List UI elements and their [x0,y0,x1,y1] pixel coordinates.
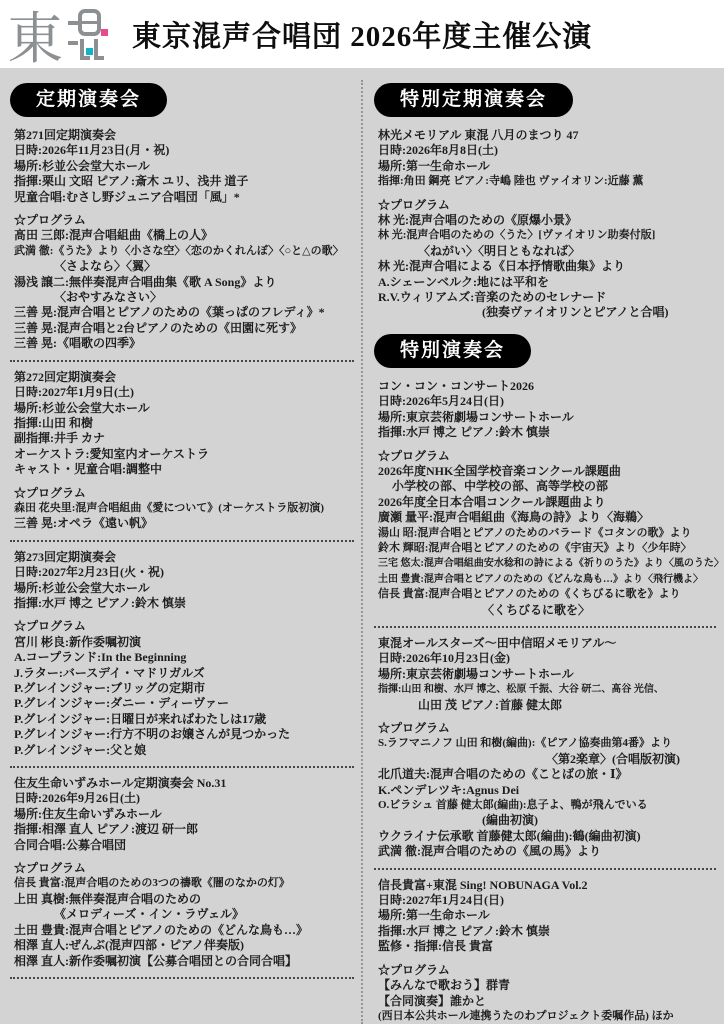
section-divider [374,626,716,628]
text-line: A.シェーンベルク:地には平和を [378,275,716,290]
text-line: 武満 徹:混声合唱のための《風の馬》より [378,844,716,859]
text-line: 場所:杉並公会堂大ホール [14,401,354,416]
page-title: 東京混声合唱団 2026年度主催公演 [132,14,592,55]
concert-title: コン・コン・コンサート2026 [378,379,716,394]
text-line: 三善 晃:オペラ《遠い帆》 [14,516,354,531]
text-line: P.グレインジャー:ダニー・ディーヴァー [14,696,354,711]
text-line: R.V.ウィリアムズ:音楽のためのセレナード [378,290,716,305]
text-line: ☆プログラム [14,486,354,501]
text-line: 日時:2026年9月26日(土) [14,791,354,806]
section-divider [10,540,354,542]
text-line: ☆プログラム [14,619,354,634]
text-line: 副指揮:井手 カナ [14,431,354,446]
section-divider [10,766,354,768]
text-line: 湯山 昭:混声合唱とピアノのためのバラード《コタンの歌》より [378,526,716,541]
tokon-logo-icon: 東 [10,8,110,66]
text-line: 土田 豊貴:混声合唱とピアノのための《どんな鳥も…》 [14,923,354,938]
text-line: O.ビラシュ 首藤 健太郎(編曲):息子よ、鴨が飛んでいる [378,798,716,813]
text-line: ☆プログラム [378,721,716,736]
text-line: 林 光:混声合唱のための〈うた〉[ヴァイオリン助奏付版] [378,228,716,243]
text-line: 上田 真樹:無伴奏混声合唱のための [14,892,354,907]
text-line: 場所:住友生命いずみホール [14,807,354,822]
text-line: 日時:2026年10月23日(金) [378,651,716,666]
text-line: S.ラフマニノフ 山田 和樹(編曲):《ピアノ協奏曲第4番》より [378,736,716,751]
text-line: ☆プログラム [14,861,354,876]
text-line: 鈴木 輝昭:混声合唱とピアノのための《宇宙天》より〈少年時〉 [378,541,716,556]
text-line: 指揮:栗山 文昭 ピアノ:斎木 ユリ、浅井 道子 [14,174,354,189]
text-line: 指揮:角田 鋼亮 ピアノ:寺嶋 陸也 ヴァイオリン:近藤 薫 [378,174,716,189]
flyer-page: 東 東京混声合唱団 2026年度主催公演 定期演奏会第271回定期演奏会日時:2… [0,0,724,1024]
text-line: 〈第2楽章〉(合唱版初演) [378,752,716,767]
text-line: 土田 豊貴:混声合唱とピアノのための《どんな鳥も…》より〈飛行機よ〉 [378,572,716,587]
text-line: キャスト・児童合唱:調整中 [14,462,354,477]
text-line: 場所:杉並公会堂大ホール [14,159,354,174]
concert-title: 林光メモリアル 東混 八月のまつり 47 [378,128,716,143]
text-line: 指揮:山田 和樹、水戸 博之、松原 千振、大谷 研二、髙谷 光信、 [378,682,716,697]
text-line: 指揮:水戸 博之 ピアノ:鈴木 慎崇 [378,425,716,440]
text-line: 指揮:水戸 博之 ピアノ:鈴木 慎崇 [378,924,716,939]
text-line: 信長 貴富:混声合唱のための3つの禱歌《闇のなかの灯》 [14,876,354,891]
concert-block: 住友生命いずみホール定期演奏会 No.31日時:2026年9月26日(土)場所:… [14,776,354,969]
concert-block: 林光メモリアル 東混 八月のまつり 47日時:2026年8月8日(土)場所:第一… [378,128,716,321]
text-line: ウクライナ伝承歌 首藤健太郎(編曲):鶴(編曲初演) [378,829,716,844]
text-line: 日時:2026年8月8日(土) [378,143,716,158]
text-line: 2026年度全日本合唱コンクール課題曲より [378,495,716,510]
right-column: 特別定期演奏会林光メモリアル 東混 八月のまつり 47日時:2026年8月8日(… [374,68,716,1024]
text-line: 相澤 直人:新作委嘱初演【公募合唱団との合同合唱】 [14,954,354,969]
concert-title: 第272回定期演奏会 [14,370,354,385]
text-line: 児童合唱:むさし野ジュニア合唱団「風」* [14,190,354,205]
text-line: P.グレインジャー:父と娘 [14,743,354,758]
text-line: 〈くちびるに歌を〉 [378,603,716,618]
text-line: ☆プログラム [378,198,716,213]
section-badge-tokubetsu-teiki-ensoukai: 特別定期演奏会 [374,83,573,117]
text-line: 【みんなで歌おう】群青 [378,978,716,993]
text-line: 北爪道夫:混声合唱のための《ことばの旅・Ⅰ》 [378,767,716,782]
text-line: 合同合唱:公募合唱団 [14,838,354,853]
text-line: J.ラター:バースデイ・マドリガルズ [14,666,354,681]
concert-block: 第273回定期演奏会日時:2027年2月23日(火・祝)場所:杉並公会堂大ホール… [14,550,354,758]
concert-title: 東混オールスターズ〜田中信昭メモリアル〜 [378,636,716,651]
text-line: 【合同演奏】誰かと [378,994,716,1009]
text-line: (独奏ヴァイオリンとピアノと合唱) [378,305,716,320]
text-line: 武満 徹:《うた》より〈小さな空〉〈恋のかくれんぼ〉〈○と△の歌〉 [14,244,354,259]
text-line: 髙田 三郎:混声合唱組曲《橋上の人》 [14,228,354,243]
concert-block: 第271回定期演奏会日時:2026年11月23日(月・祝)場所:杉並公会堂大ホー… [14,128,354,352]
concert-title: 第271回定期演奏会 [14,128,354,143]
text-line: 場所:東京芸術劇場コンサートホール [378,667,716,682]
flyer-body: 定期演奏会第271回定期演奏会日時:2026年11月23日(月・祝)場所:杉並公… [0,68,724,1024]
text-line: 林 光:混声合唱による《日本抒情歌曲集》より [378,259,716,274]
text-line: (西日本公共ホール連携うたのわプロジェクト委嘱作品) ほか [378,1009,716,1024]
text-line: 〈さよなら〉〈翼〉 [14,259,354,274]
text-line: 場所:第一生命ホール [378,159,716,174]
text-line: オーケストラ:愛知室内オーケストラ [14,447,354,462]
text-line: 〈おやすみなさい〉 [14,290,354,305]
text-line: 指揮:水戸 博之 ピアノ:鈴木 慎崇 [14,596,354,611]
text-line: 日時:2027年1月24日(日) [378,893,716,908]
text-line: A.コープランド:In the Beginning [14,650,354,665]
concert-block: コン・コン・コンサート2026日時:2026年5月24日(日)場所:東京芸術劇場… [378,379,716,618]
text-line: (編曲初演) [378,813,716,828]
concert-title: 住友生命いずみホール定期演奏会 No.31 [14,776,354,791]
concert-block: 信長貴富+東混 Sing! NOBUNAGA Vol.2日時:2027年1月24… [378,878,716,1024]
text-line: P.グレインジャー:行方不明のお嬢さんが見つかった [14,727,354,742]
section-badge-tokubetsu-ensoukai: 特別演奏会 [374,334,531,368]
text-line: 指揮:相澤 直人 ピアノ:渡辺 研一郎 [14,822,354,837]
logo-teal-square [86,48,93,55]
header: 東 東京混声合唱団 2026年度主催公演 [0,0,724,68]
section-badge-teiki-ensoukai: 定期演奏会 [10,83,167,117]
text-line: 三善 晃:混声合唱と2台ピアノのための《田園に死す》 [14,321,354,336]
text-line: 森田 花央里:混声合唱組曲《愛について》(オーケストラ版初演) [14,501,354,516]
logo-glyph-east: 東 [10,9,63,66]
text-line: 三宅 悠太:混声合唱組曲安水稔和の詩による《祈りのうた》より〈風のうた〉 [378,556,716,571]
text-line: ☆プログラム [378,963,716,978]
concert-block: 第272回定期演奏会日時:2027年1月9日(土)場所:杉並公会堂大ホール指揮:… [14,370,354,532]
text-line: 山田 茂 ピアノ:首藤 健太郎 [378,698,716,713]
logo-pink-square [101,29,108,36]
text-line: P.グレインジャー:ブリッグの定期市 [14,681,354,696]
text-line: 湯浅 譲二:無伴奏混声合唱曲集《歌 A Song》より [14,275,354,290]
text-line: 小学校の部、中学校の部、高等学校の部 [378,479,716,494]
text-line: 信長 貴富:混声合唱とピアノのための《くちびるに歌を》より [378,587,716,602]
text-line: ☆プログラム [14,213,354,228]
text-line: 三善 晃:《唱歌の四季》 [14,336,354,351]
tokon-logo: 東 [10,8,110,66]
text-line: 〈ねがい〉〈明日ともなれば〉 [378,244,716,259]
text-line: 宮川 彬良:新作委嘱初演 [14,635,354,650]
text-line: 《メロディーズ・イン・ラヴェル》 [14,907,354,922]
section-divider [374,868,716,870]
text-line: 2026年度NHK全国学校音楽コンクール課題曲 [378,464,716,479]
text-line: ☆プログラム [378,449,716,464]
text-line: P.グレインジャー:日曜日が来ればわたしは17歳 [14,712,354,727]
text-line: 場所:第一生命ホール [378,908,716,923]
text-line: 林 光:混声合唱のための《原爆小景》 [378,213,716,228]
text-line: 場所:東京芸術劇場コンサートホール [378,410,716,425]
left-column: 定期演奏会第271回定期演奏会日時:2026年11月23日(月・祝)場所:杉並公… [10,68,354,1024]
concert-title: 第273回定期演奏会 [14,550,354,565]
text-line: K.ペンデレツキ:Agnus Dei [378,783,716,798]
text-line: 場所:杉並公会堂大ホール [14,581,354,596]
text-line: 日時:2026年5月24日(日) [378,394,716,409]
column-divider [361,80,363,1024]
text-line: 廣瀬 量平:混声合唱組曲《海鳥の詩》より〈海鵜〉 [378,510,716,525]
text-line: 日時:2026年11月23日(月・祝) [14,143,354,158]
text-line: 指揮:山田 和樹 [14,416,354,431]
text-line: 監修・指揮:信長 貴富 [378,939,716,954]
section-divider [10,360,354,362]
text-line: 日時:2027年1月9日(土) [14,385,354,400]
concert-title: 信長貴富+東混 Sing! NOBUNAGA Vol.2 [378,878,716,893]
text-line: 三善 晃:混声合唱とピアノのための《葉っぱのフレディ》* [14,305,354,320]
text-line: 相澤 直人:ぜんぶ(混声四部・ピアノ伴奏版) [14,938,354,953]
section-divider [10,977,354,979]
text-line: 日時:2027年2月23日(火・祝) [14,565,354,580]
concert-block: 東混オールスターズ〜田中信昭メモリアル〜日時:2026年10月23日(金)場所:… [378,636,716,860]
